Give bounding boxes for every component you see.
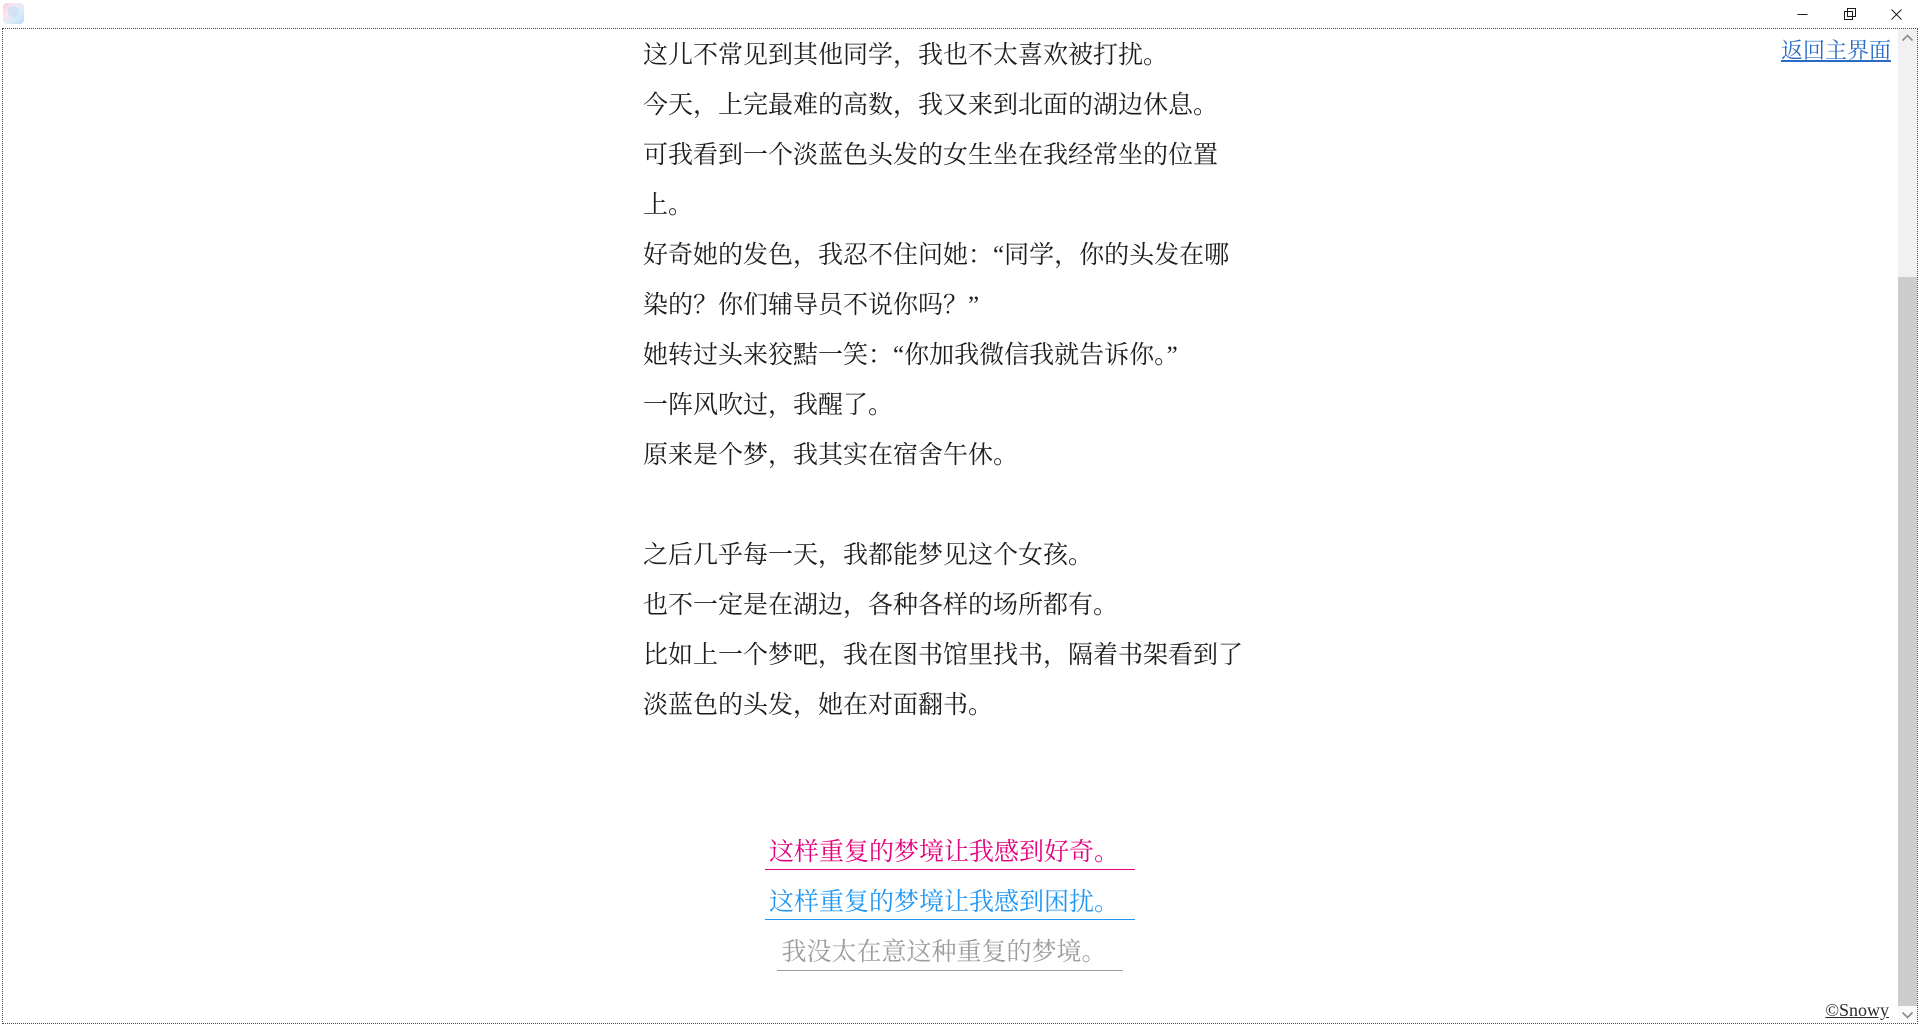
choice-row: 这样重复的梦境让我感到好奇。	[643, 831, 1257, 881]
choice-curious-link[interactable]: 这样重复的梦境让我感到好奇。	[765, 836, 1135, 870]
snowflake-app-icon: ❆	[3, 3, 24, 24]
story-line: 好奇她的发色，我忍不住问她：“同学，你的头发在哪	[643, 231, 1257, 281]
close-button[interactable]	[1873, 0, 1920, 28]
choice-troubled-link[interactable]: 这样重复的梦境让我感到困扰。	[765, 886, 1135, 920]
minimize-button[interactable]	[1779, 0, 1826, 28]
content-frame: 返回主界面 这儿不常见到其他同学，我也不太喜欢被打扰。 今天，上完最难的高数，我…	[2, 28, 1918, 1024]
paragraph-break	[643, 731, 1257, 781]
story-page: 这儿不常见到其他同学，我也不太喜欢被打扰。 今天，上完最难的高数，我又来到北面的…	[3, 29, 1897, 1023]
choice-row: 我没太在意这种重复的梦境。	[643, 931, 1257, 981]
story-line: 也不一定是在湖边，各种各样的场所都有。	[643, 581, 1257, 631]
chevron-down-icon	[1901, 1006, 1914, 1024]
story-line: 可我看到一个淡蓝色头发的女生坐在我经常坐的位置	[643, 131, 1257, 181]
minimize-icon	[1797, 9, 1808, 20]
vertical-scrollbar[interactable]	[1898, 29, 1917, 1023]
story-line: 比如上一个梦吧，我在图书馆里找书，隔着书架看到了	[643, 631, 1257, 681]
window-controls	[1779, 0, 1920, 28]
story-text: 这儿不常见到其他同学，我也不太喜欢被打扰。 今天，上完最难的高数，我又来到北面的…	[643, 29, 1257, 981]
story-line: 今天，上完最难的高数，我又来到北面的湖边休息。	[643, 81, 1257, 131]
scroll-down-button[interactable]	[1898, 1006, 1917, 1023]
choice-indifferent-link[interactable]: 我没太在意这种重复的梦境。	[777, 937, 1122, 971]
restore-icon	[1844, 8, 1856, 20]
credit-link[interactable]: ©Snowy	[1825, 1000, 1889, 1021]
paragraph-break	[643, 781, 1257, 831]
story-line: 染的？你们辅导员不说你吗？”	[643, 281, 1257, 331]
title-bar: ❆	[0, 0, 1920, 28]
chevron-up-icon	[1901, 29, 1914, 47]
story-line: 这儿不常见到其他同学，我也不太喜欢被打扰。	[643, 31, 1257, 81]
story-line: 之后几乎每一天，我都能梦见这个女孩。	[643, 531, 1257, 581]
paragraph-break	[643, 481, 1257, 531]
choice-row: 这样重复的梦境让我感到困扰。	[643, 881, 1257, 931]
story-line: 上。	[643, 181, 1257, 231]
scroll-up-button[interactable]	[1898, 29, 1917, 46]
restore-button[interactable]	[1826, 0, 1873, 28]
story-line: 原来是个梦，我其实在宿舍午休。	[643, 431, 1257, 481]
story-line: 她转过头来狡黠一笑：“你加我微信我就告诉你。”	[643, 331, 1257, 381]
close-icon	[1891, 9, 1902, 20]
scrollbar-thumb[interactable]	[1898, 277, 1917, 1007]
story-line: 一阵风吹过，我醒了。	[643, 381, 1257, 431]
story-line: 淡蓝色的头发，她在对面翻书。	[643, 681, 1257, 731]
